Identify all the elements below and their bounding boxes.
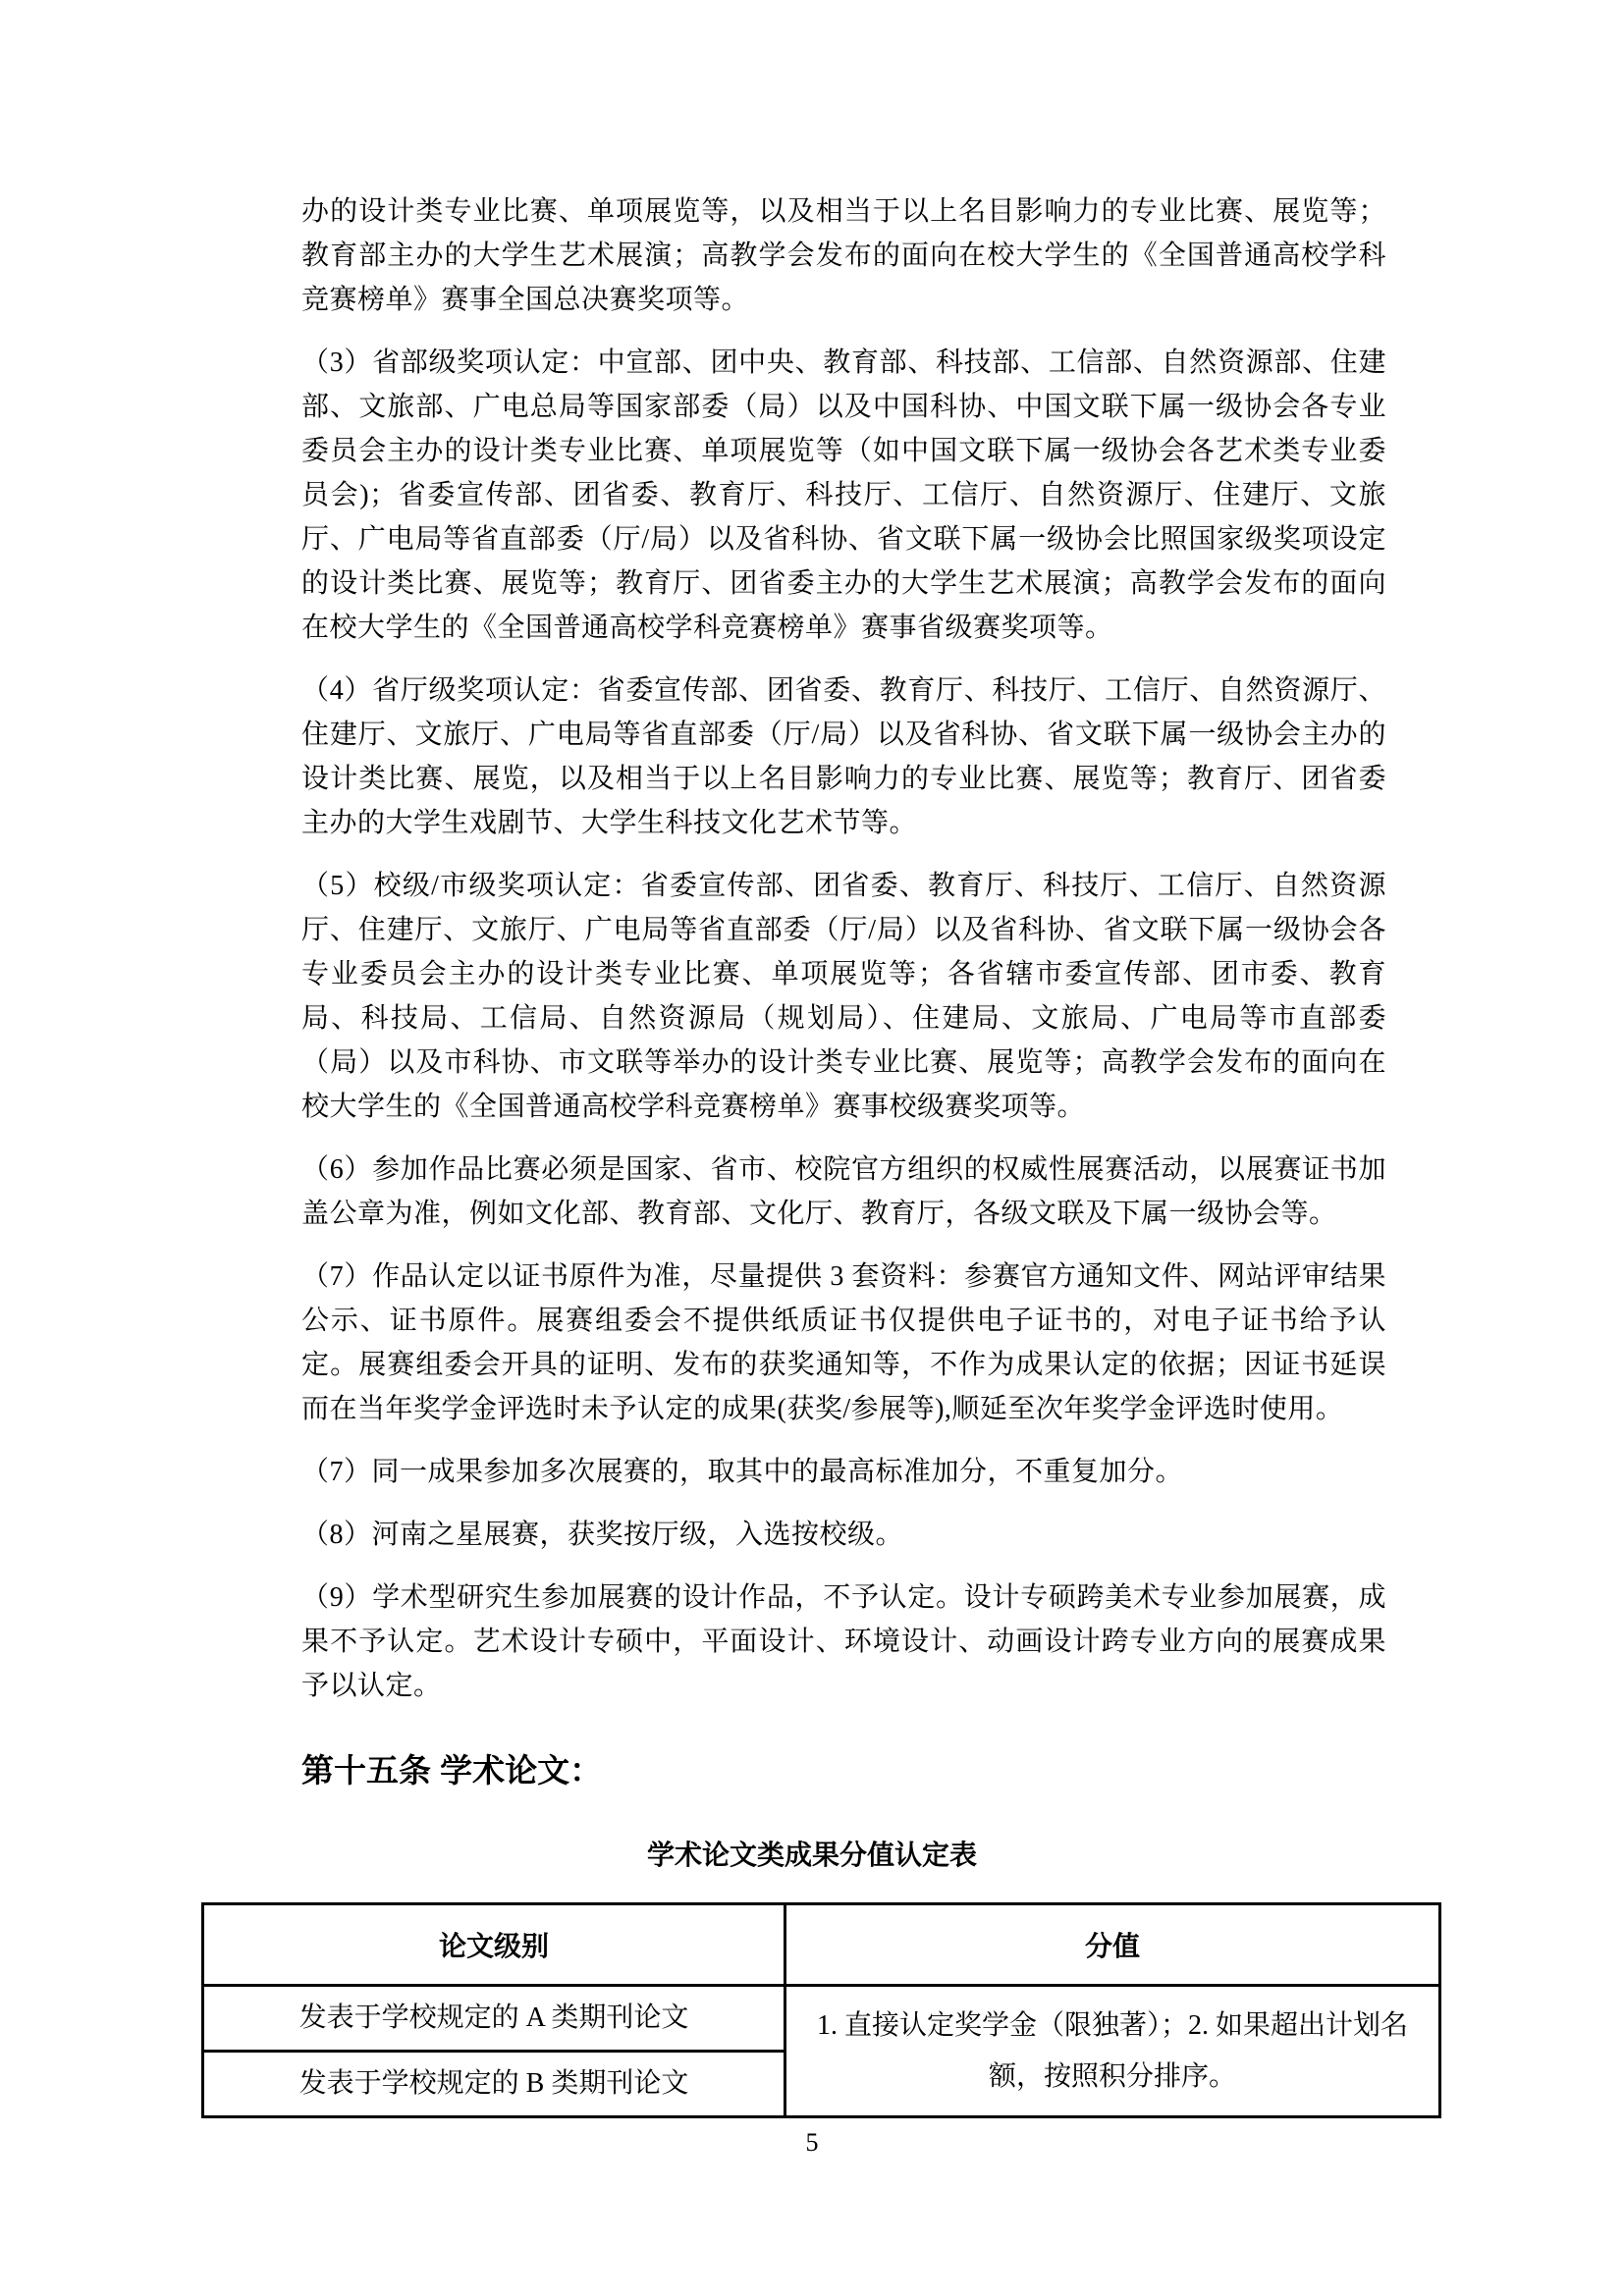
page-number: 5 — [0, 2128, 1624, 2158]
table-title: 学术论文类成果分值认定表 — [0, 1836, 1624, 1875]
paragraph-7: （7）作品认定以证书原件为准，尽量提供 3 套资料：参赛官方通知文件、网站评审结… — [301, 1255, 1386, 1431]
table-cell-score-rule: 1. 直接认定奖学金（限独著）；2. 如果超出计划名额，按照积分排序。 — [785, 1986, 1440, 2117]
paragraph-5: （5）校级/市级奖项认定：省委宣传部、团省委、教育厅、科技厅、工信厅、自然资源厅… — [301, 864, 1386, 1129]
document-page: 办的设计类专业比赛、单项展览等，以及相当于以上名目影响力的专业比赛、展览等；教育… — [0, 0, 1624, 2296]
paragraph-9: （9）学术型研究生参加展赛的设计作品，不予认定。设计专硕跨美术专业参加展赛，成果… — [301, 1575, 1386, 1708]
document-content: 办的设计类专业比赛、单项展览等，以及相当于以上名目影响力的专业比赛、展览等；教育… — [0, 0, 1624, 2118]
section-heading-article-15: 第十五条 学术论文： — [301, 1747, 1386, 1794]
table-cell-a-journal: 发表于学校规定的 A 类期刊论文 — [203, 1986, 785, 2052]
paragraph-7-duplicate: （7）同一成果参加多次展赛的，取其中的最高标准加分，不重复加分。 — [301, 1450, 1386, 1494]
paper-score-table: 论文级别 分值 发表于学校规定的 A 类期刊论文 1. 直接认定奖学金（限独著）… — [201, 1902, 1441, 2118]
table-header-row: 论文级别 分值 — [203, 1904, 1440, 1986]
table-header-score: 分值 — [785, 1904, 1440, 1986]
table-header-paper-level: 论文级别 — [203, 1904, 785, 1986]
paragraph-6: （6）参加作品比赛必须是国家、省市、校院官方组织的权威性展赛活动，以展赛证书加盖… — [301, 1148, 1386, 1236]
table-cell-b-journal: 发表于学校规定的 B 类期刊论文 — [203, 2052, 785, 2117]
paragraph-3: （3）省部级奖项认定：中宣部、团中央、教育部、科技部、工信部、自然资源部、住建部… — [301, 341, 1386, 650]
table-row: 发表于学校规定的 A 类期刊论文 1. 直接认定奖学金（限独著）；2. 如果超出… — [203, 1986, 1440, 2052]
paragraph-continuation: 办的设计类专业比赛、单项展览等，以及相当于以上名目影响力的专业比赛、展览等；教育… — [301, 189, 1386, 322]
paragraph-8: （8）河南之星展赛，获奖按厅级，入选按校级。 — [301, 1513, 1386, 1557]
paragraph-4: （4）省厅级奖项认定：省委宣传部、团省委、教育厅、科技厅、工信厅、自然资源厅、住… — [301, 668, 1386, 845]
